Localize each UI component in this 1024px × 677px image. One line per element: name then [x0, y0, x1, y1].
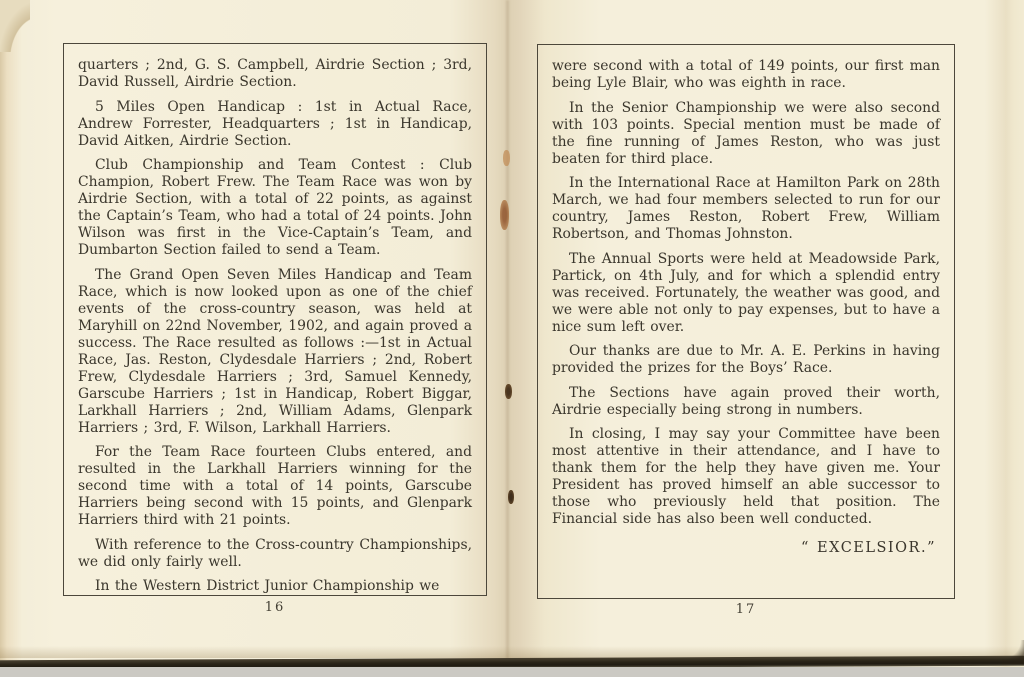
paragraph: 5 Miles Open Handicap : 1st in Actual Ra… — [78, 99, 472, 150]
binding-gutter — [506, 0, 509, 660]
staple-rust-mark — [500, 200, 509, 230]
left-page-text-frame: quarters ; 2nd, G. S. Campbell, Airdrie … — [63, 43, 487, 596]
right-page-number: 17 — [537, 602, 955, 617]
paragraph: Club Championship and Team Contest : Clu… — [78, 157, 472, 259]
right-page-text-frame: were second with a total of 149 points, … — [537, 44, 955, 599]
paragraph: In the Senior Championship we were also … — [552, 100, 940, 168]
paragraph: The Grand Open Seven Miles Handicap and … — [78, 267, 472, 437]
scanner-background — [0, 667, 1024, 677]
book-scan: quarters ; 2nd, G. S. Campbell, Airdrie … — [0, 0, 1024, 677]
paragraph: For the Team Race fourteen Clubs entered… — [78, 444, 472, 529]
staple-mark — [508, 490, 514, 504]
paragraph: With reference to the Cross-country Cham… — [78, 537, 472, 571]
signature-excelsior: “ EXCELSIOR.” — [552, 540, 936, 557]
paragraph: were second with a total of 149 points, … — [552, 58, 940, 92]
corner-shadow-bottom-right — [1002, 640, 1024, 664]
paragraph: In closing, I may say your Committee hav… — [552, 426, 940, 528]
paragraph: quarters ; 2nd, G. S. Campbell, Airdrie … — [78, 57, 472, 91]
staple-rust-mark — [503, 150, 510, 166]
paragraph: In the Western District Junior Champions… — [78, 578, 472, 595]
page-corner-top-left — [0, 0, 30, 52]
paragraph: Our thanks are due to Mr. A. E. Perkins … — [552, 343, 940, 377]
paragraph: In the International Race at Hamilton Pa… — [552, 175, 940, 243]
paragraph: The Sections have again proved their wor… — [552, 385, 940, 419]
paragraph: The Annual Sports were held at Meadowsid… — [552, 251, 940, 336]
staple-mark — [505, 384, 512, 399]
left-page-number: 16 — [63, 600, 487, 615]
